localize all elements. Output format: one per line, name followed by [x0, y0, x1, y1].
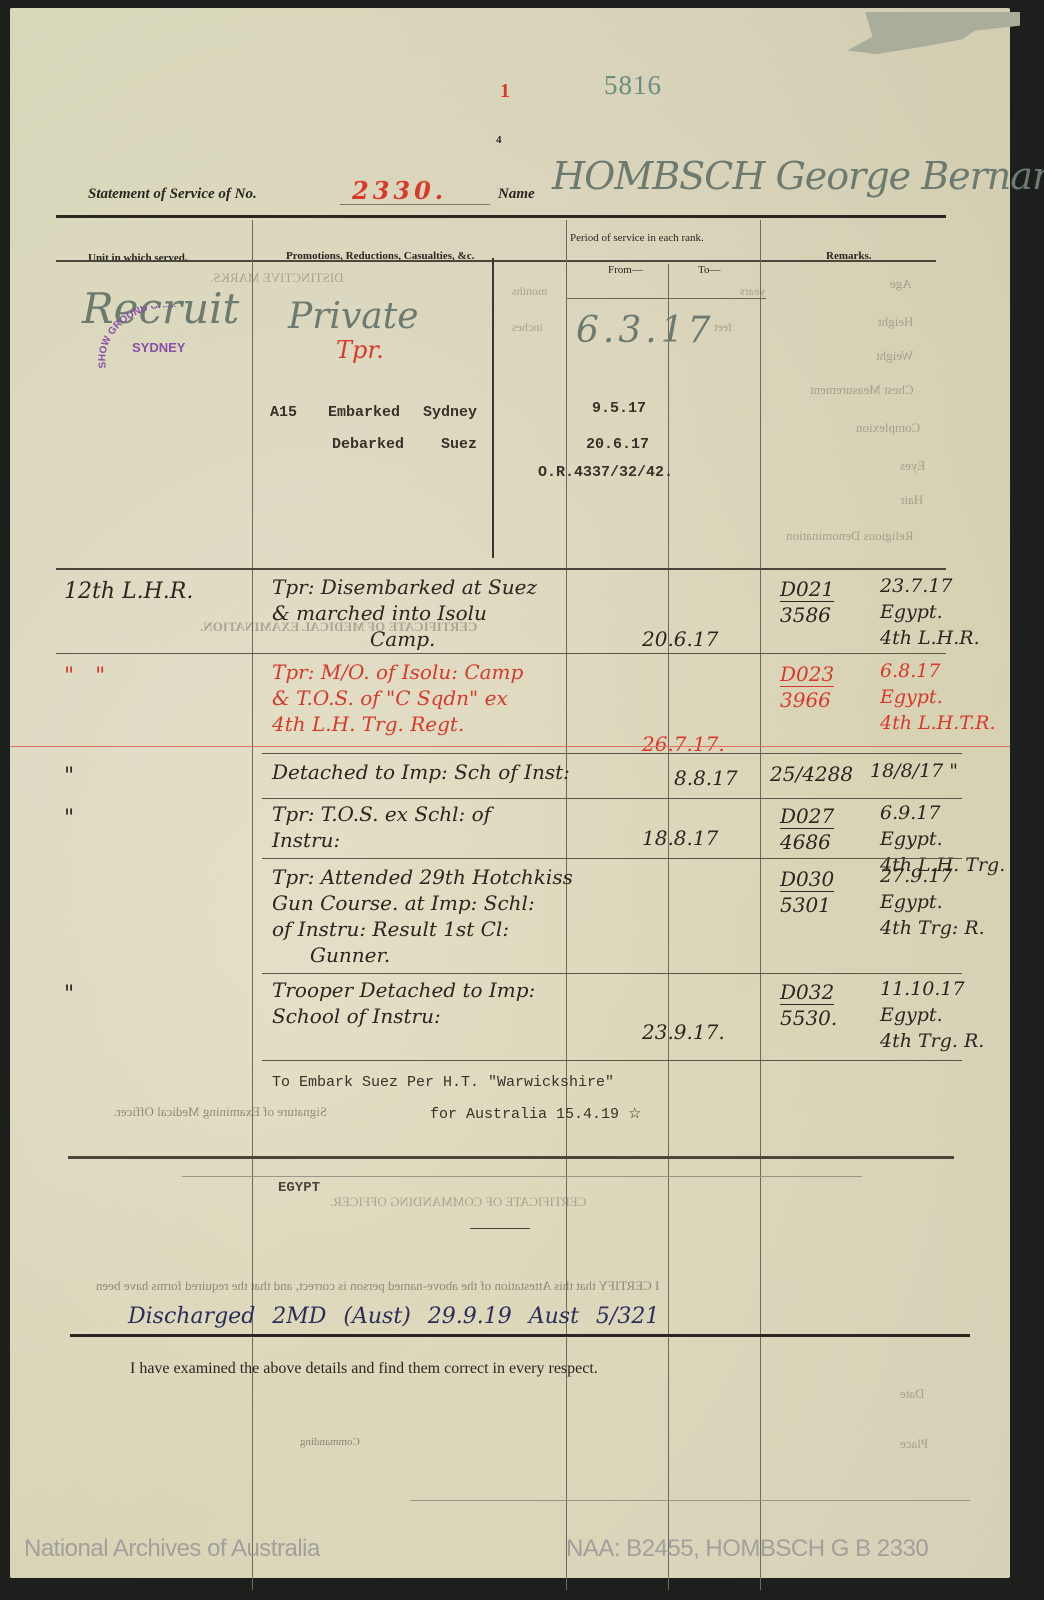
from-date-initial: 6.3.17	[576, 310, 715, 351]
row-remark: Egypt.	[880, 686, 943, 708]
ghost-height: Height	[878, 314, 913, 330]
row-entry-line: Tpr: Attended 29th Hotchkiss	[272, 865, 573, 889]
ghost-years: years	[740, 284, 765, 299]
row-reference: 5301	[780, 893, 831, 917]
row-reference: D021	[780, 577, 834, 602]
show-ground-camp-stamp: SHOW GROUND CAMP SYDNEY	[96, 306, 246, 376]
row-separator	[262, 858, 962, 859]
row-from-date: 18.8.17	[642, 826, 718, 850]
row-unit: " "	[64, 664, 105, 689]
row-separator	[262, 1060, 962, 1061]
svg-text:SHOW GROUND CAMP: SHOW GROUND CAMP	[97, 306, 181, 369]
row-entry-line: Tpr: M/O. of Isolu: Camp	[272, 660, 523, 684]
torn-corner	[840, 12, 1020, 74]
row-unit: "	[64, 764, 74, 789]
row-from-date: 8.8.17	[674, 766, 738, 790]
row-entry-line: Gunner.	[310, 943, 390, 967]
service-record-page: 1 5816 4 Statement of Service of No. 233…	[10, 8, 1010, 1578]
service-number: 2330.	[352, 176, 447, 205]
col-divider-4	[760, 220, 761, 1590]
row-remark: 4th L.H.T.R.	[880, 712, 996, 734]
row-entry-line: Gun Course. at Imp: Schl:	[272, 891, 535, 915]
col-from-header: From—	[608, 264, 643, 276]
row-separator	[56, 653, 946, 654]
row-reference: 3586	[780, 603, 831, 627]
rank-private: Private	[288, 296, 419, 337]
short-rule	[470, 1228, 530, 1229]
statement-label: Statement of Service of No.	[88, 186, 257, 203]
ghost-feet: feet	[714, 320, 732, 335]
row-remark: 18/8/17 "	[870, 760, 958, 782]
row-from-date: 23.9.17.	[642, 1020, 725, 1044]
typed-embark-date: 9.5.17	[592, 400, 646, 417]
row-remark: 23.7.17	[880, 575, 953, 597]
row-remark: 6.9.17	[880, 802, 940, 824]
row-remark: 4th Trg: R.	[880, 917, 985, 939]
col-period-header: Period of service in each rank.	[570, 232, 704, 244]
from-to-rule	[566, 298, 766, 299]
row-unit: 12th L.H.R.	[64, 579, 193, 604]
row-reference: 3966	[780, 688, 831, 712]
row-separator	[262, 798, 962, 799]
ghost-religion: Religious Denomination	[786, 528, 913, 544]
row-remark: Egypt.	[880, 601, 943, 623]
row-remark: 27.9.17	[880, 865, 953, 887]
name-label: Name	[498, 186, 535, 203]
row-entry-line: Trooper Detached to Imp:	[272, 978, 535, 1002]
signature-line	[410, 1500, 970, 1501]
row-separator	[262, 753, 962, 754]
row-entry-line: Camp.	[370, 627, 435, 651]
soldier-name: HOMBSCH George Bernard.	[552, 154, 1044, 198]
top-rule	[56, 215, 946, 218]
row-entry-line: 4th L.H. Trg. Regt.	[272, 712, 464, 736]
row-remark: 4th Trg. R.	[880, 1030, 984, 1052]
row-remark: 4th L.H.R.	[880, 627, 980, 649]
stamp-arc-text: SHOW GROUND CAMP	[97, 306, 181, 369]
ghost-date: Date	[900, 1386, 925, 1402]
col-divider-1	[252, 220, 253, 1590]
discharge-rule	[70, 1334, 970, 1337]
typed-unit-a15: A15	[270, 404, 297, 421]
row-entry-line: & T.O.S. of "C Sqdn" ex	[272, 686, 508, 710]
col-divider-inner	[492, 258, 494, 558]
row-separator	[262, 973, 962, 974]
row-entry-line: School of Instru:	[272, 1004, 441, 1028]
ghost-medical-officer: Signature of Examining Medical Officer.	[114, 1104, 327, 1120]
ghost-hair: Hair	[900, 492, 923, 508]
row-remark: Egypt.	[880, 891, 943, 913]
ghost-certify-line: I CERTIFY that this Attestation of the a…	[96, 1278, 659, 1294]
col-to-header: To—	[698, 264, 720, 276]
footer-archive: National Archives of Australia	[24, 1535, 320, 1563]
col-unit-header: Unit in which served.	[88, 252, 188, 264]
ghost-age: Age	[890, 276, 912, 292]
footer-reference: NAA: B2455, HOMBSCH G B 2330	[566, 1535, 928, 1563]
col-divider-2	[566, 220, 567, 1590]
typed-debarked: Debarked Suez	[332, 436, 477, 453]
row-reference: D030	[780, 867, 834, 892]
certificate-rule	[182, 1176, 862, 1177]
rank-trooper-red: Tpr.	[336, 336, 384, 364]
ghost-commanding-cert: CERTIFICATE OF COMMANDING OFFICER.	[330, 1194, 586, 1210]
row-entry-line: Instru:	[272, 828, 340, 852]
row-from-date: 20.6.17	[642, 627, 718, 651]
row-entry-line: of Instru: Result 1st Cl:	[272, 917, 509, 941]
row-reference: 25/4288	[770, 762, 853, 786]
row-unit: "	[64, 982, 74, 1007]
certification-text: I have examined the above details and fi…	[130, 1360, 598, 1378]
ghost-eyes: Eyes	[900, 458, 925, 474]
row-reference: D027	[780, 804, 834, 829]
ghost-months: months	[512, 284, 547, 299]
row-entry-line: Tpr: Disembarked at Suez	[272, 575, 537, 599]
row-reference: 5530.	[780, 1006, 837, 1030]
typed-order-ref: O.R.4337/32/42.	[538, 464, 673, 481]
section-rule	[56, 568, 946, 570]
red-mark: 1	[500, 80, 510, 103]
row-reference: D032	[780, 980, 834, 1005]
col-divider-3	[668, 264, 669, 1590]
row-entry-line: Detached to Imp: Sch of Inst:	[272, 760, 570, 784]
row-remark: Egypt.	[880, 828, 943, 850]
ghost-complexion: Complexion	[856, 420, 920, 436]
row-reference: D023	[780, 662, 834, 687]
ghost-weight: Weight	[876, 348, 913, 364]
typed-embarked: Embarked Sydney	[328, 404, 477, 421]
ghost-inches: inches	[512, 320, 543, 335]
discharge-note: Discharged 2MD (Aust) 29.9.19 Aust 5/321	[128, 1304, 659, 1329]
red-rule	[10, 746, 1010, 747]
egypt-stamp: EGYPT	[278, 1180, 320, 1196]
ghost-commanding: Commanding	[300, 1436, 360, 1448]
row-reference: 4686	[780, 830, 831, 854]
row-remark: 6.8.17	[880, 660, 940, 682]
row-remark: Egypt.	[880, 1004, 943, 1026]
page-number: 4	[496, 134, 502, 146]
embark-line-2: for Australia 15.4.19 ☆	[430, 1104, 641, 1123]
ghost-chest: Chest Measurement	[810, 382, 914, 398]
row-entry-line: & marched into Isolu	[272, 601, 487, 625]
row-remark: 11.10.17	[880, 978, 965, 1000]
ghost-place: Place	[900, 1436, 928, 1452]
embark-line-1: To Embark Suez Per H.T. "Warwickshire"	[272, 1074, 614, 1091]
folio-number: 5816	[604, 70, 662, 101]
row-unit: "	[64, 806, 74, 831]
typed-debark-date: 20.6.17	[586, 436, 649, 453]
header-rule	[56, 260, 936, 262]
row-entry-line: Tpr: T.O.S. ex Schl: of	[272, 802, 491, 826]
stamp-sydney: SYDNEY	[132, 340, 185, 355]
embark-rule	[68, 1156, 954, 1159]
